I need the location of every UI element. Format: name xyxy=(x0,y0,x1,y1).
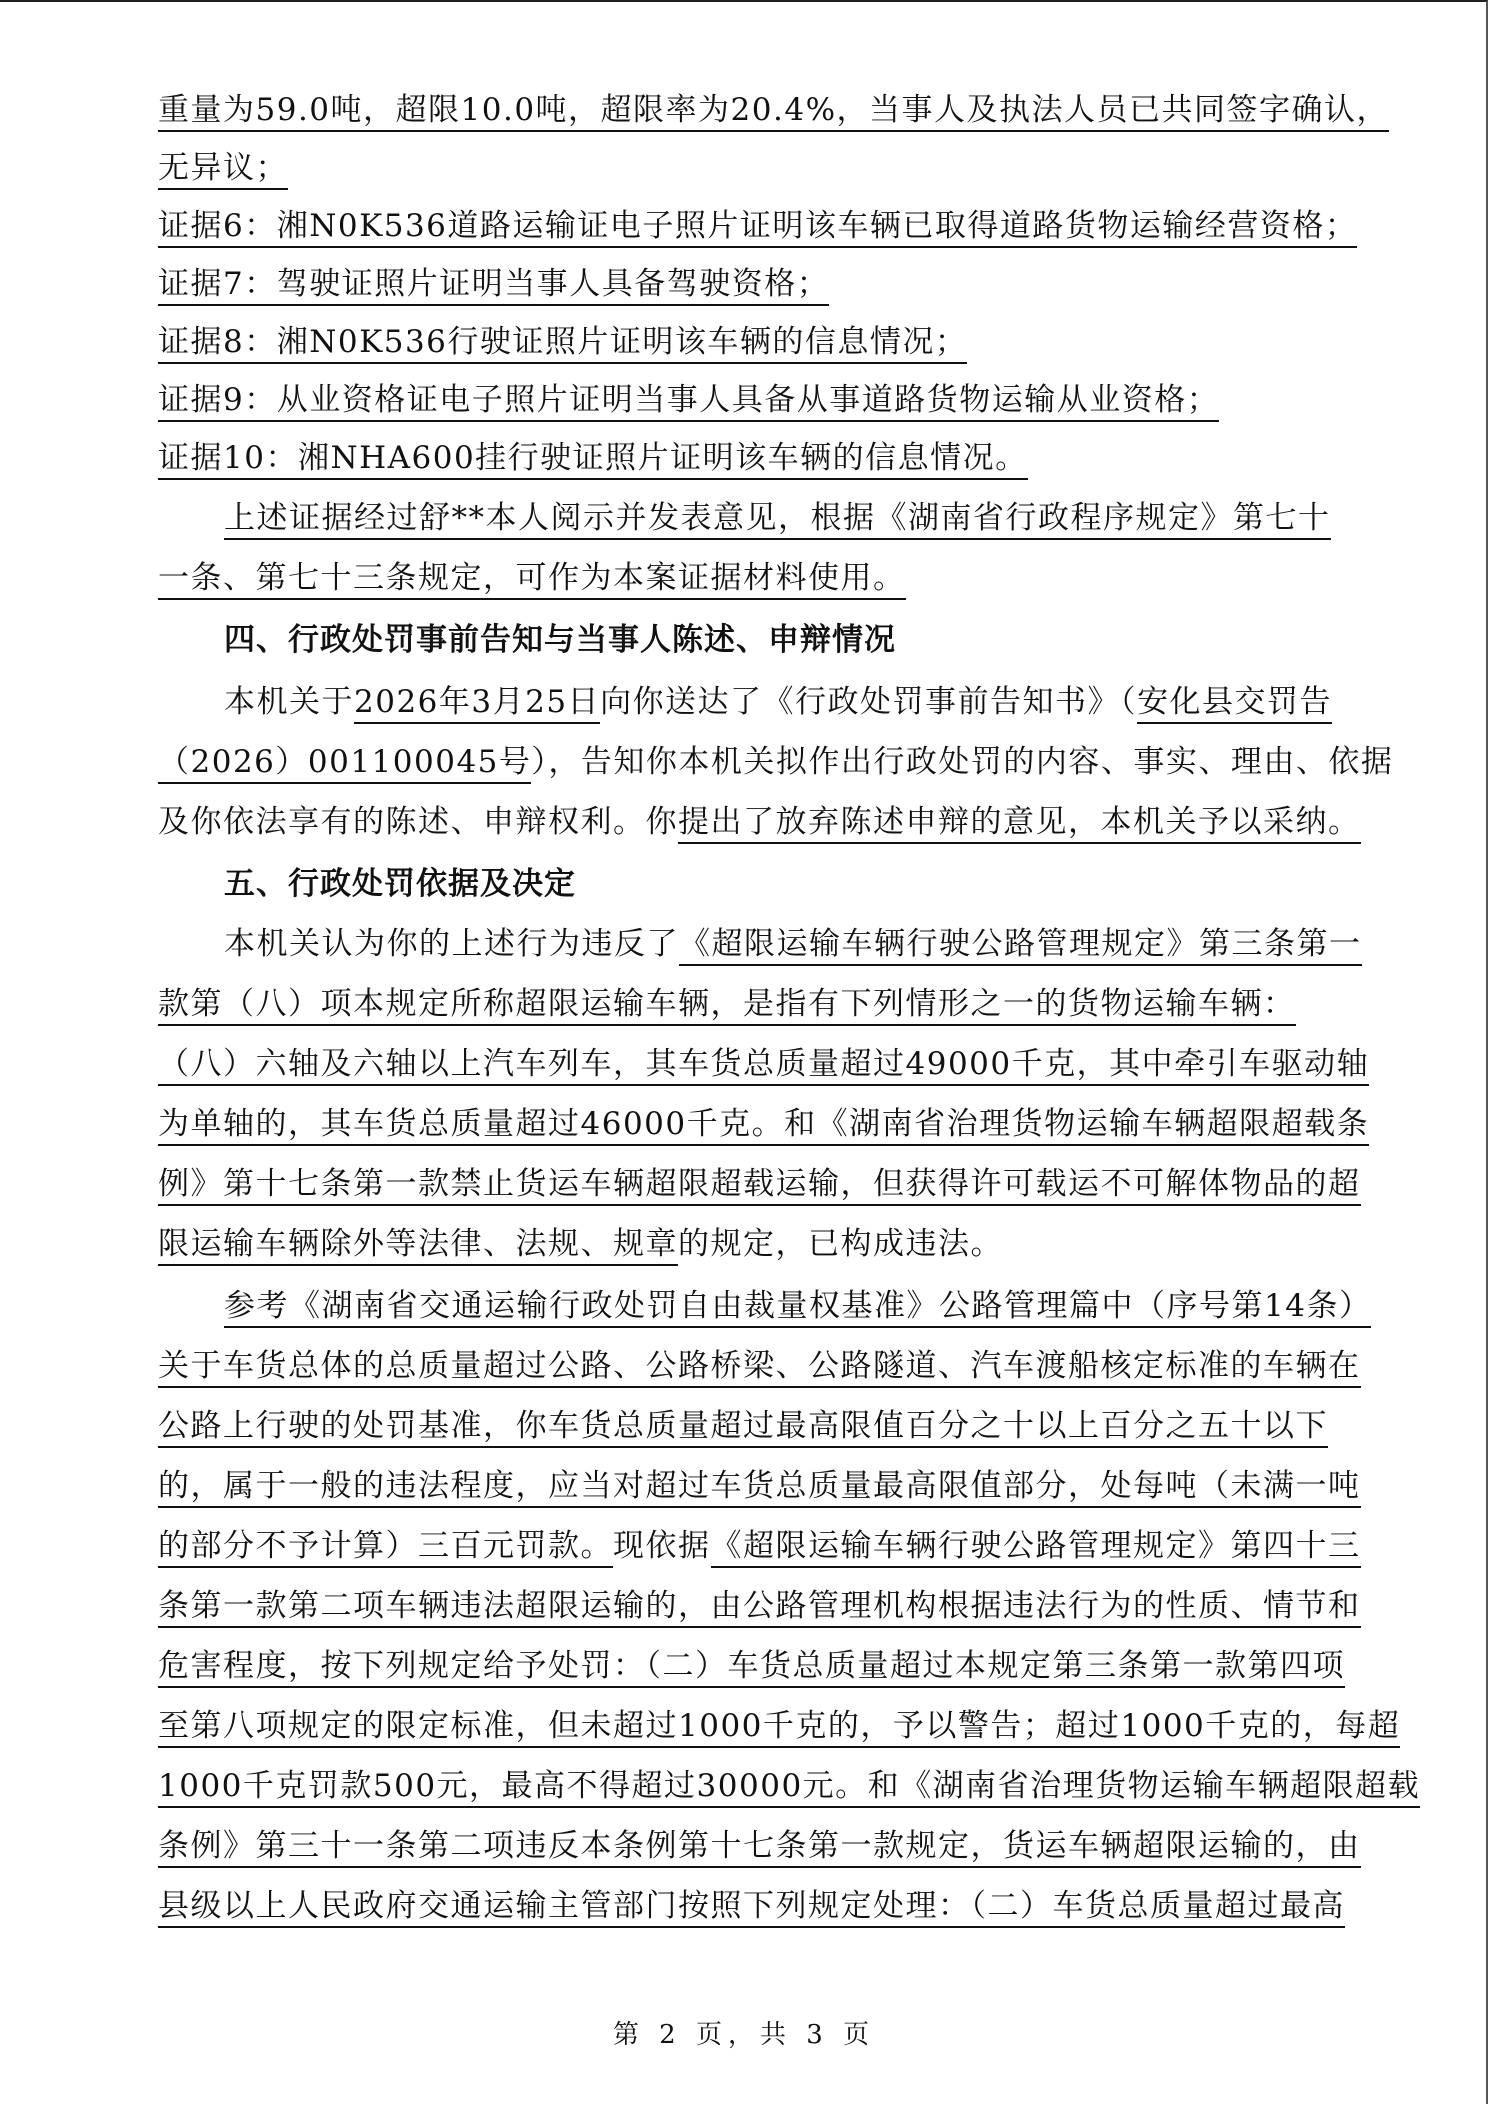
penalty-basis-line: 县级以上人民政府交通运输主管部门按照下列规定处理：（二）车货总质量超过最高 xyxy=(158,1886,1345,1926)
penalty-basis-line: 条第一款第二项车辆违法超限运输的，由公路管理机构根据违法行为的性质、情节和 xyxy=(158,1586,1361,1626)
penalty-basis-line: 关于车货总体的总质量超过公路、公路桥梁、公路隧道、汽车渡船核定标准的车辆在 xyxy=(158,1346,1361,1386)
violation-paragraph-line: 款第（八）项本规定所称超限运输车辆，是指有下列情形之一的货物运输车辆： xyxy=(158,984,1296,1024)
violation-paragraph-line: 例》第十七条第一款禁止货运车辆超限超载运输，但获得许可载运不可解体物品的超 xyxy=(158,1164,1361,1204)
weighing-result-line: 重量为59.0吨，超限10.0吨，超限率为20.4%，当事人及执法人员已共同签字… xyxy=(158,90,1389,130)
evidence-summary-line: 一条、第七十三条规定，可作为本案证据材料使用。 xyxy=(158,558,906,598)
penalty-basis-line: 危害程度，按下列规定给予处罚：（二）车货总质量超过本规定第三条第一款第四项 xyxy=(158,1646,1345,1686)
violation-paragraph-line: （八）六轴及六轴以上汽车列车，其车货总质量超过49000千克，其中牵引车驱动轴 xyxy=(158,1044,1369,1084)
penalty-basis-line: 条例》第三十一条第二项违反本条例第十七条第一款规定，货运车辆超限运输的，由 xyxy=(158,1826,1361,1866)
penalty-basis-line: 至第八项规定的限定标准，但未超过1000千克的，予以警告；超过1000千克的，每… xyxy=(158,1706,1400,1746)
evidence-item-6: 证据6：湘N0K536道路运输证电子照片证明该车辆已取得道路货物运输经营资格； xyxy=(158,206,1357,246)
penalty-basis-line: 的部分不予计算）三百元罚款。现依据《超限运输车辆行驶公路管理规定》第四十三 xyxy=(158,1526,1361,1566)
violation-paragraph-line: 为单轴的，其车货总质量超过46000千克。和《湖南省治理货物运输车辆超限超载条 xyxy=(158,1104,1369,1144)
notice-date: 2026年3月25日 xyxy=(354,684,600,724)
penalty-basis-line: 公路上行驶的处罚基准，你车货总质量超过最高限值百分之十以上百分之五十以下 xyxy=(158,1406,1328,1446)
document-page: 重量为59.0吨，超限10.0吨，超限率为20.4%，当事人及执法人员已共同签字… xyxy=(0,0,1488,2104)
evidence-summary-line: 上述证据经过舒**本人阅示并发表意见，根据《湖南省行政程序规定》第七十 xyxy=(224,498,1331,538)
notice-paragraph-line: 本机关于2026年3月25日向你送达了《行政处罚事前告知书》（安化县交罚告 xyxy=(224,682,1332,722)
evidence-item-10: 证据10：湘NHA600挂行驶证照片证明该车辆的信息情况。 xyxy=(158,438,1028,478)
section-5-heading: 五、行政处罚依据及决定 xyxy=(224,864,576,904)
notice-paragraph-line: 及你依法享有的陈述、申辩权利。你提出了放弃陈述申辩的意见，本机关予以采纳。 xyxy=(158,802,1361,842)
penalty-basis-line: 的，属于一般的违法程度，应当对超过车货总质量最高限值部分，处每吨（未满一吨 xyxy=(158,1466,1361,1506)
notice-doc-number: 安化县交罚告 xyxy=(1137,684,1332,724)
penalty-basis-line: 1000千克罚款500元，最高不得超过30000元。和《湖南省治理货物运输车辆超… xyxy=(158,1766,1420,1806)
evidence-item-8: 证据8：湘N0K536行驶证照片证明该车辆的信息情况； xyxy=(158,322,967,362)
evidence-item-7: 证据7：驾驶证照片证明当事人具备驾驶资格； xyxy=(158,264,829,304)
section-4-heading: 四、行政处罚事前告知与当事人陈述、申辩情况 xyxy=(224,620,896,660)
evidence-item-9: 证据9：从业资格证电子照片证明当事人具备从事道路货物运输从业资格； xyxy=(158,380,1219,420)
violation-paragraph-line: 本机关认为你的上述行为违反了《超限运输车辆行驶公路管理规定》第三条第一 xyxy=(224,924,1362,964)
penalty-basis-line: 参考《湖南省交通运输行政处罚自由裁量权基准》公路管理篇中（序号第14条） xyxy=(224,1286,1371,1326)
page-number-footer: 第 2 页，共 3 页 xyxy=(0,2014,1488,2051)
statement-waiver: 提出了放弃陈述申辩的意见，本机关予以采纳。 xyxy=(678,804,1361,844)
violation-paragraph-line: 限运输车辆除外等法律、法规、规章的规定，已构成违法。 xyxy=(158,1224,1003,1264)
weighing-result-line: 无异议； xyxy=(158,148,288,188)
notice-paragraph-line: （2026）001100045号），告知你本机关拟作出行政处罚的内容、事实、理由… xyxy=(158,742,1393,782)
notice-doc-number: （2026）001100045号 xyxy=(158,744,531,784)
